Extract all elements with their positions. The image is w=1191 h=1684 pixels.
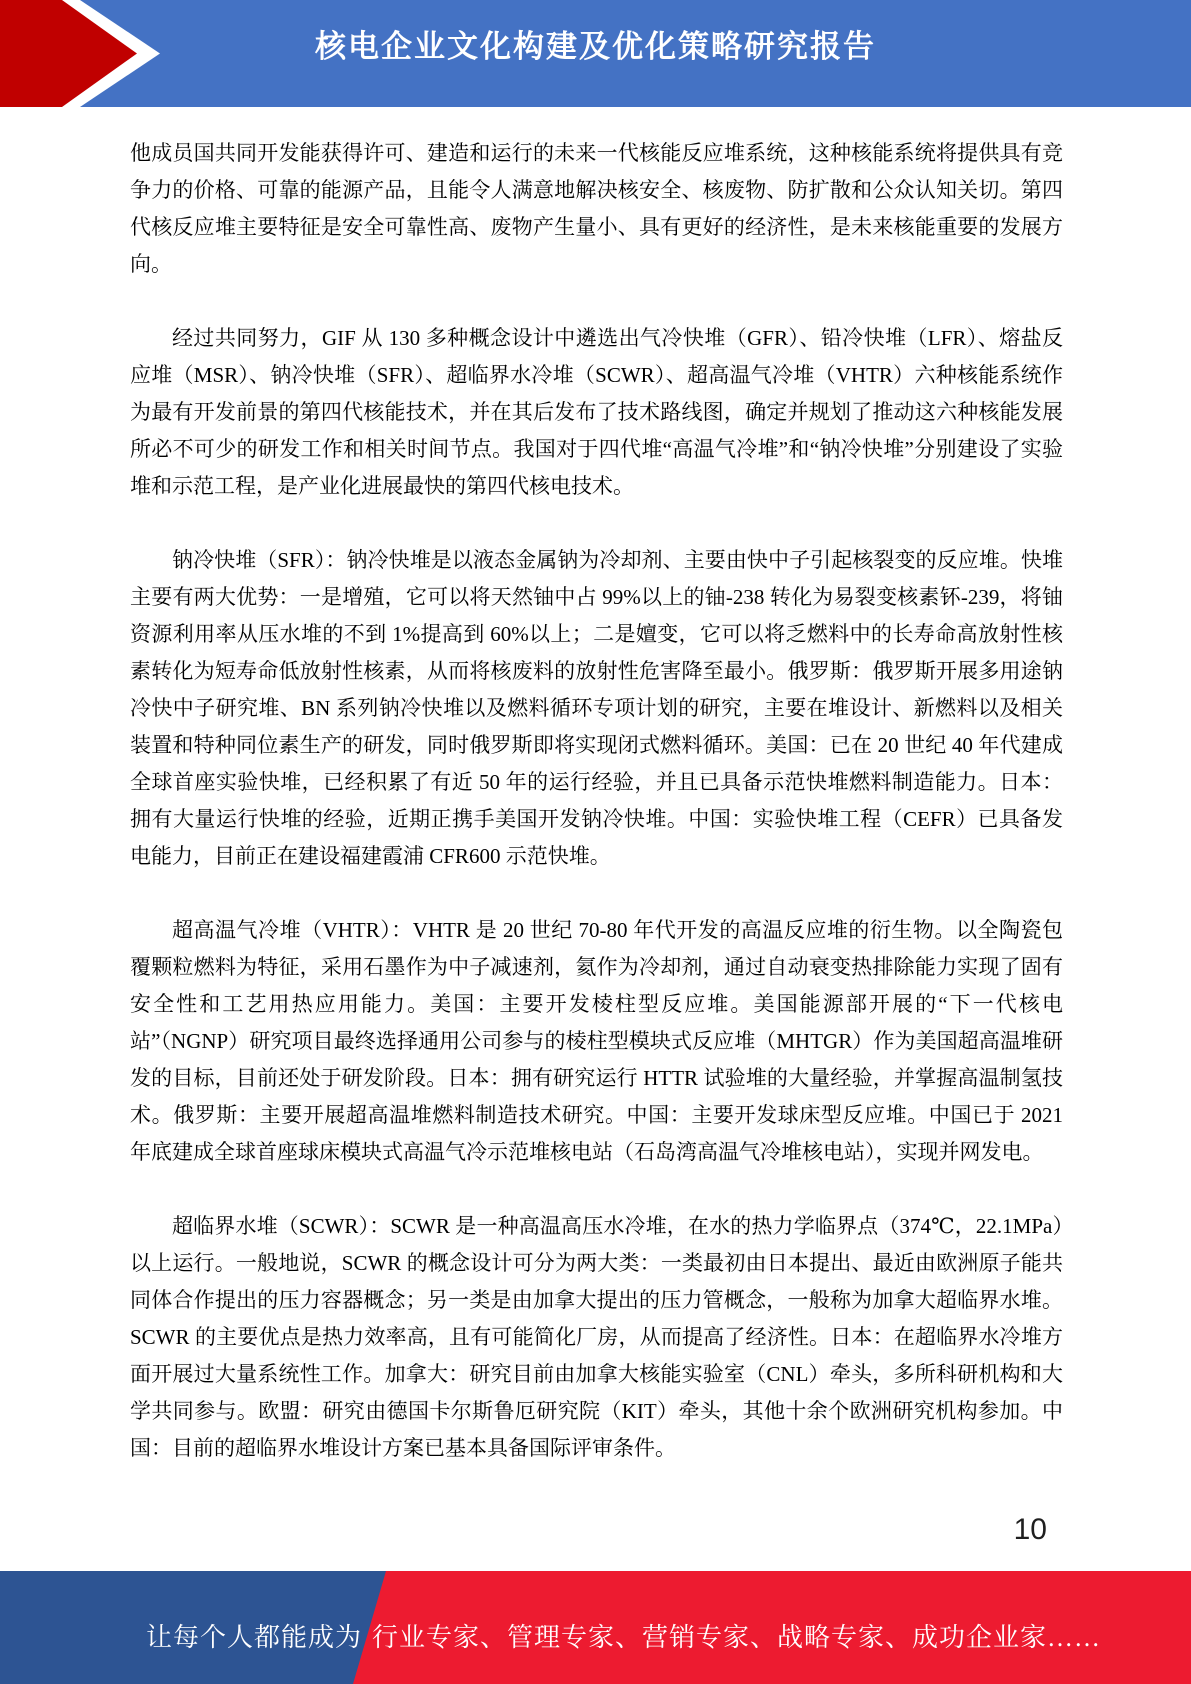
page-number: 10 xyxy=(1014,1513,1047,1547)
body-text: 他成员国共同开发能获得许可、建造和运行的未来一代核能反应堆系统，这种核能系统将提… xyxy=(130,135,1063,1504)
header-banner: 核电企业文化构建及优化策略研究报告 xyxy=(0,0,1191,107)
paragraph: 超临界水堆（SCWR）：SCWR 是一种高温高压水冷堆，在水的热力学临界点（37… xyxy=(130,1208,1063,1467)
page-title: 核电企业文化构建及优化策略研究报告 xyxy=(0,27,1191,67)
paragraph: 经过共同努力，GIF 从 130 多种概念设计中遴选出气冷快堆（GFR）、铅冷快… xyxy=(130,320,1063,505)
paragraph: 他成员国共同开发能获得许可、建造和运行的未来一代核能反应堆系统，这种核能系统将提… xyxy=(130,135,1063,283)
footer-slogan-right: 行业专家、管理专家、营销专家、战略专家、成功企业家…… xyxy=(372,1623,1101,1653)
footer-banner: 让每个人都能成为 行业专家、管理专家、营销专家、战略专家、成功企业家…… xyxy=(0,1571,1191,1684)
footer-slogan-left: 让每个人都能成为 xyxy=(146,1623,362,1653)
paragraph: 钠冷快堆（SFR）：钠冷快堆是以液态金属钠为冷却剂、主要由快中子引起核裂变的反应… xyxy=(130,542,1063,875)
paragraph: 超高温气冷堆（VHTR）：VHTR 是 20 世纪 70-80 年代开发的高温反… xyxy=(130,912,1063,1171)
report-page: 核电企业文化构建及优化策略研究报告 他成员国共同开发能获得许可、建造和运行的未来… xyxy=(0,0,1191,1684)
